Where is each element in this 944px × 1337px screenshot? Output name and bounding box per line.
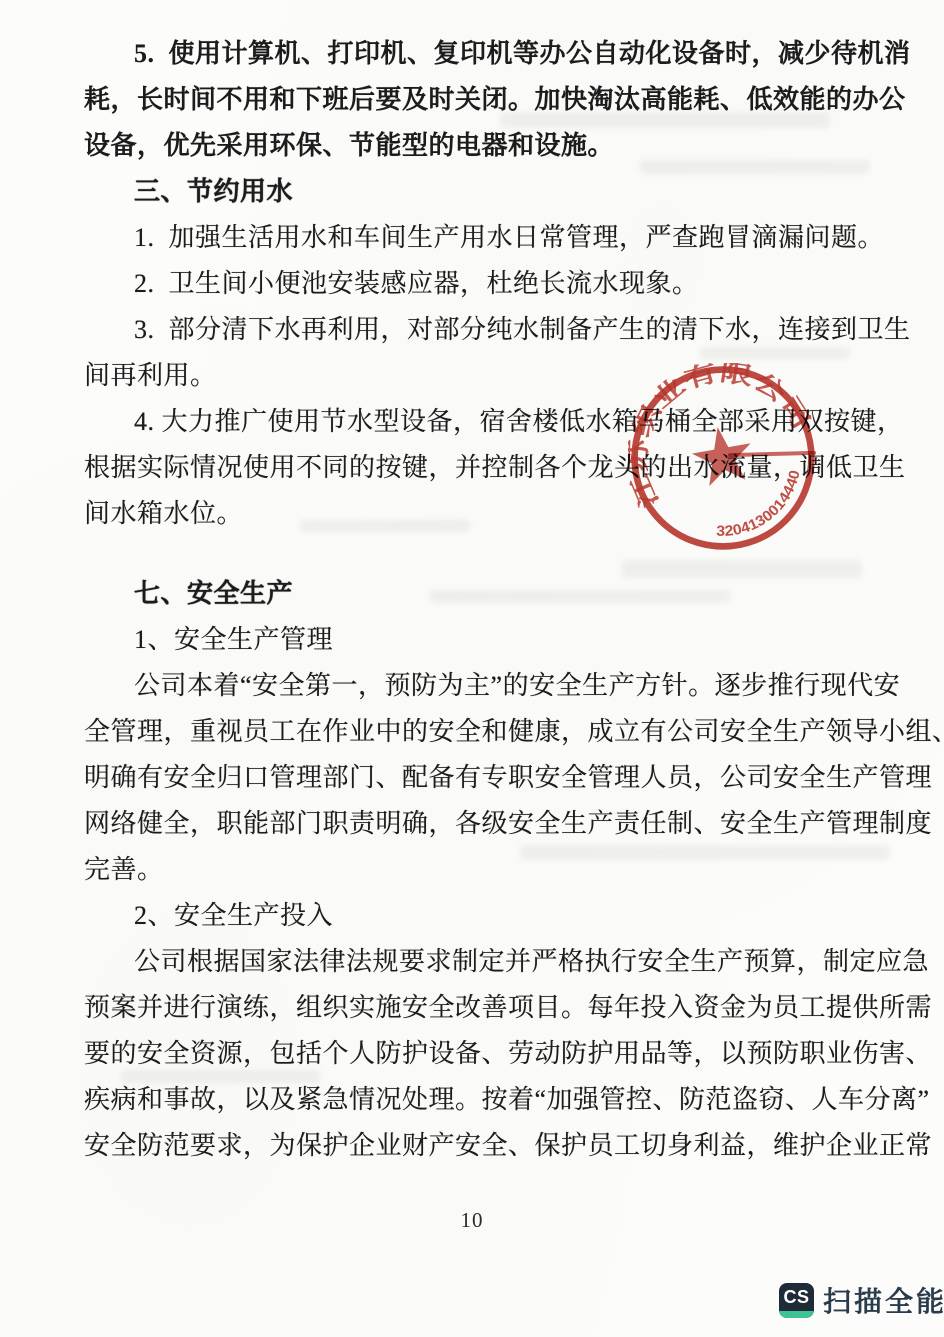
paragraph-line: 预案并进行演练，组织实施安全改善项目。每年投入资金为员工提供所需 (84, 988, 920, 1034)
section-heading: 三、节约用水 (84, 172, 920, 218)
paragraph-line: 明确有安全归口管理部门、配备有专职安全管理人员，公司安全生产管理 (84, 758, 920, 804)
paragraph-line: 要的安全资源，包括个人防护设备、劳动防护用品等，以预防职业伤害、 (84, 1034, 920, 1080)
stamp-serial-number: 3204130014440 (716, 469, 804, 540)
scanned-document-page: 5. 使用计算机、打印机、复印机等办公自动化设备时，减少待机消耗，长时间不用和下… (0, 0, 944, 1337)
paragraph-line: 完善。 (84, 850, 920, 896)
numbered-subheading: 2、安全生产投入 (84, 896, 920, 942)
list-item: 3. 部分清下水再利用，对部分纯水制备产生的清下水，连接到卫生 (84, 310, 920, 356)
paragraph-line: 网络健全，职能部门职责明确，各级安全生产责任制、安全生产管理制度 (84, 804, 920, 850)
paragraph-line: 公司本着“安全第一，预防为主”的安全生产方针。逐步推行现代安 (84, 666, 920, 712)
camscanner-watermark: CS 扫描全能王 (779, 1282, 944, 1318)
camscanner-app-name: 扫描全能王 (823, 1280, 944, 1320)
list-item: 1. 加强生活用水和车间生产用水日常管理，严查跑冒滴漏问题。 (84, 218, 920, 264)
company-seal-stamp: 江苏织业有限公司 3204130014440 (628, 363, 818, 553)
camscanner-logo-icon: CS (779, 1283, 814, 1318)
list-item: 2. 卫生间小便池安装感应器，杜绝长流水现象。 (84, 264, 920, 310)
page-number: 10 (0, 1208, 944, 1233)
paragraph-line: 疾病和事故，以及紧急情况处理。按着“加强管控、防范盗窃、人车分离” (84, 1080, 920, 1126)
paragraph-line: 公司根据国家法律法规要求制定并严格执行安全生产预算，制定应急 (84, 942, 920, 988)
section-heading: 七、安全生产 (84, 574, 920, 620)
list-item-continuation: 耗，长时间不用和下班后要及时关闭。加快淘汰高能耗、低效能的办公 (84, 80, 920, 126)
camscanner-logo-letters: CS (783, 1287, 809, 1308)
list-item: 5. 使用计算机、打印机、复印机等办公自动化设备时，减少待机消 (84, 34, 920, 80)
list-item-continuation: 设备，优先采用环保、节能型的电器和设施。 (84, 126, 920, 172)
document-body: 5. 使用计算机、打印机、复印机等办公自动化设备时，减少待机消耗，长时间不用和下… (84, 34, 920, 1172)
paragraph-line: 安全防范要求，为保护企业财产安全、保护员工切身利益，维护企业正常 (84, 1126, 920, 1172)
numbered-subheading: 1、安全生产管理 (84, 620, 920, 666)
paragraph-line: 全管理，重视员工在作业中的安全和健康，成立有公司安全生产领导小组、 (84, 712, 920, 758)
